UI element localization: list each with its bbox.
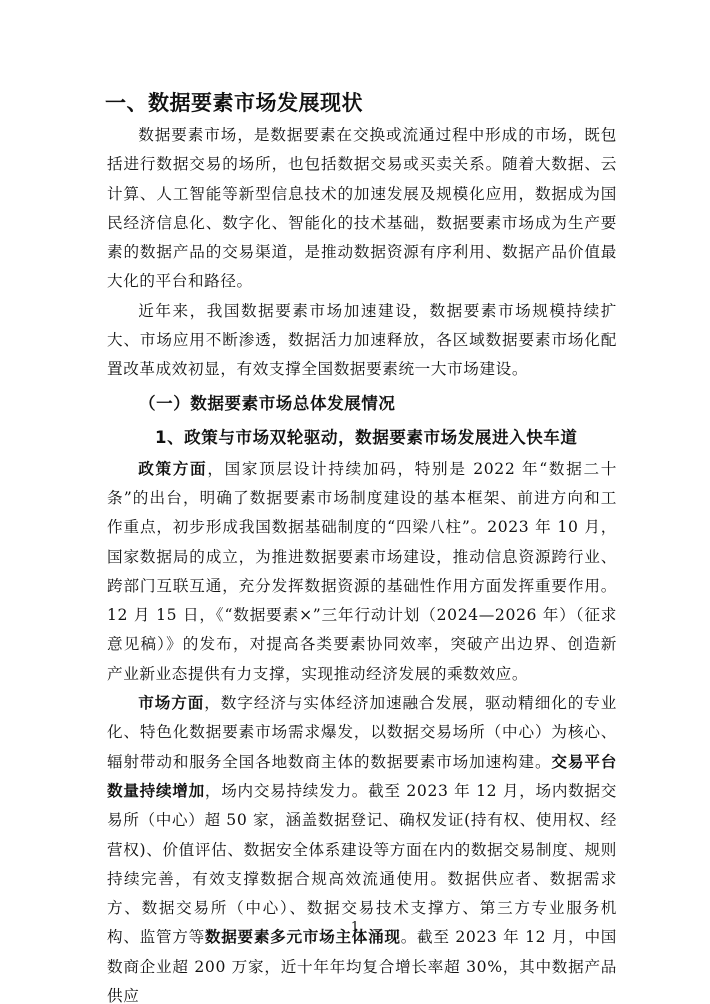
subsubsection-heading: 1、政策与市场双轮驱动，数据要素市场发展进入快车道	[155, 423, 617, 453]
paragraph-intro: 数据要素市场，是数据要素在交换或流通过程中形成的市场，既包括进行数据交易的场所，…	[107, 121, 617, 297]
section-heading: 一、数据要素市场发展现状	[105, 88, 617, 118]
paragraph-recent: 近年来，我国数据要素市场加速建设，数据要素市场规模持续扩大、市场应用不断渗透，数…	[107, 297, 617, 385]
subsection-heading: （一）数据要素市场总体发展情况	[139, 389, 617, 419]
bold-lead-policy: 政策方面	[138, 460, 207, 478]
paragraph-market: 市场方面，数字经济与实体经济加速融合发展，驱动精细化的专业化、特色化数据要素市场…	[107, 689, 617, 1004]
bold-lead-market: 市场方面	[138, 694, 204, 712]
paragraph-policy: 政策方面，国家顶层设计持续加码，特别是 2022 年“数据二十条”的出台，明确了…	[107, 455, 617, 689]
document-page: 一、数据要素市场发展现状 数据要素市场，是数据要素在交换或流通过程中形成的市场，…	[107, 88, 617, 1004]
policy-text: ，国家顶层设计持续加码，特别是 2022 年“数据二十条”的出台，明确了数据要素…	[107, 460, 617, 683]
page-number: 1	[0, 920, 710, 935]
